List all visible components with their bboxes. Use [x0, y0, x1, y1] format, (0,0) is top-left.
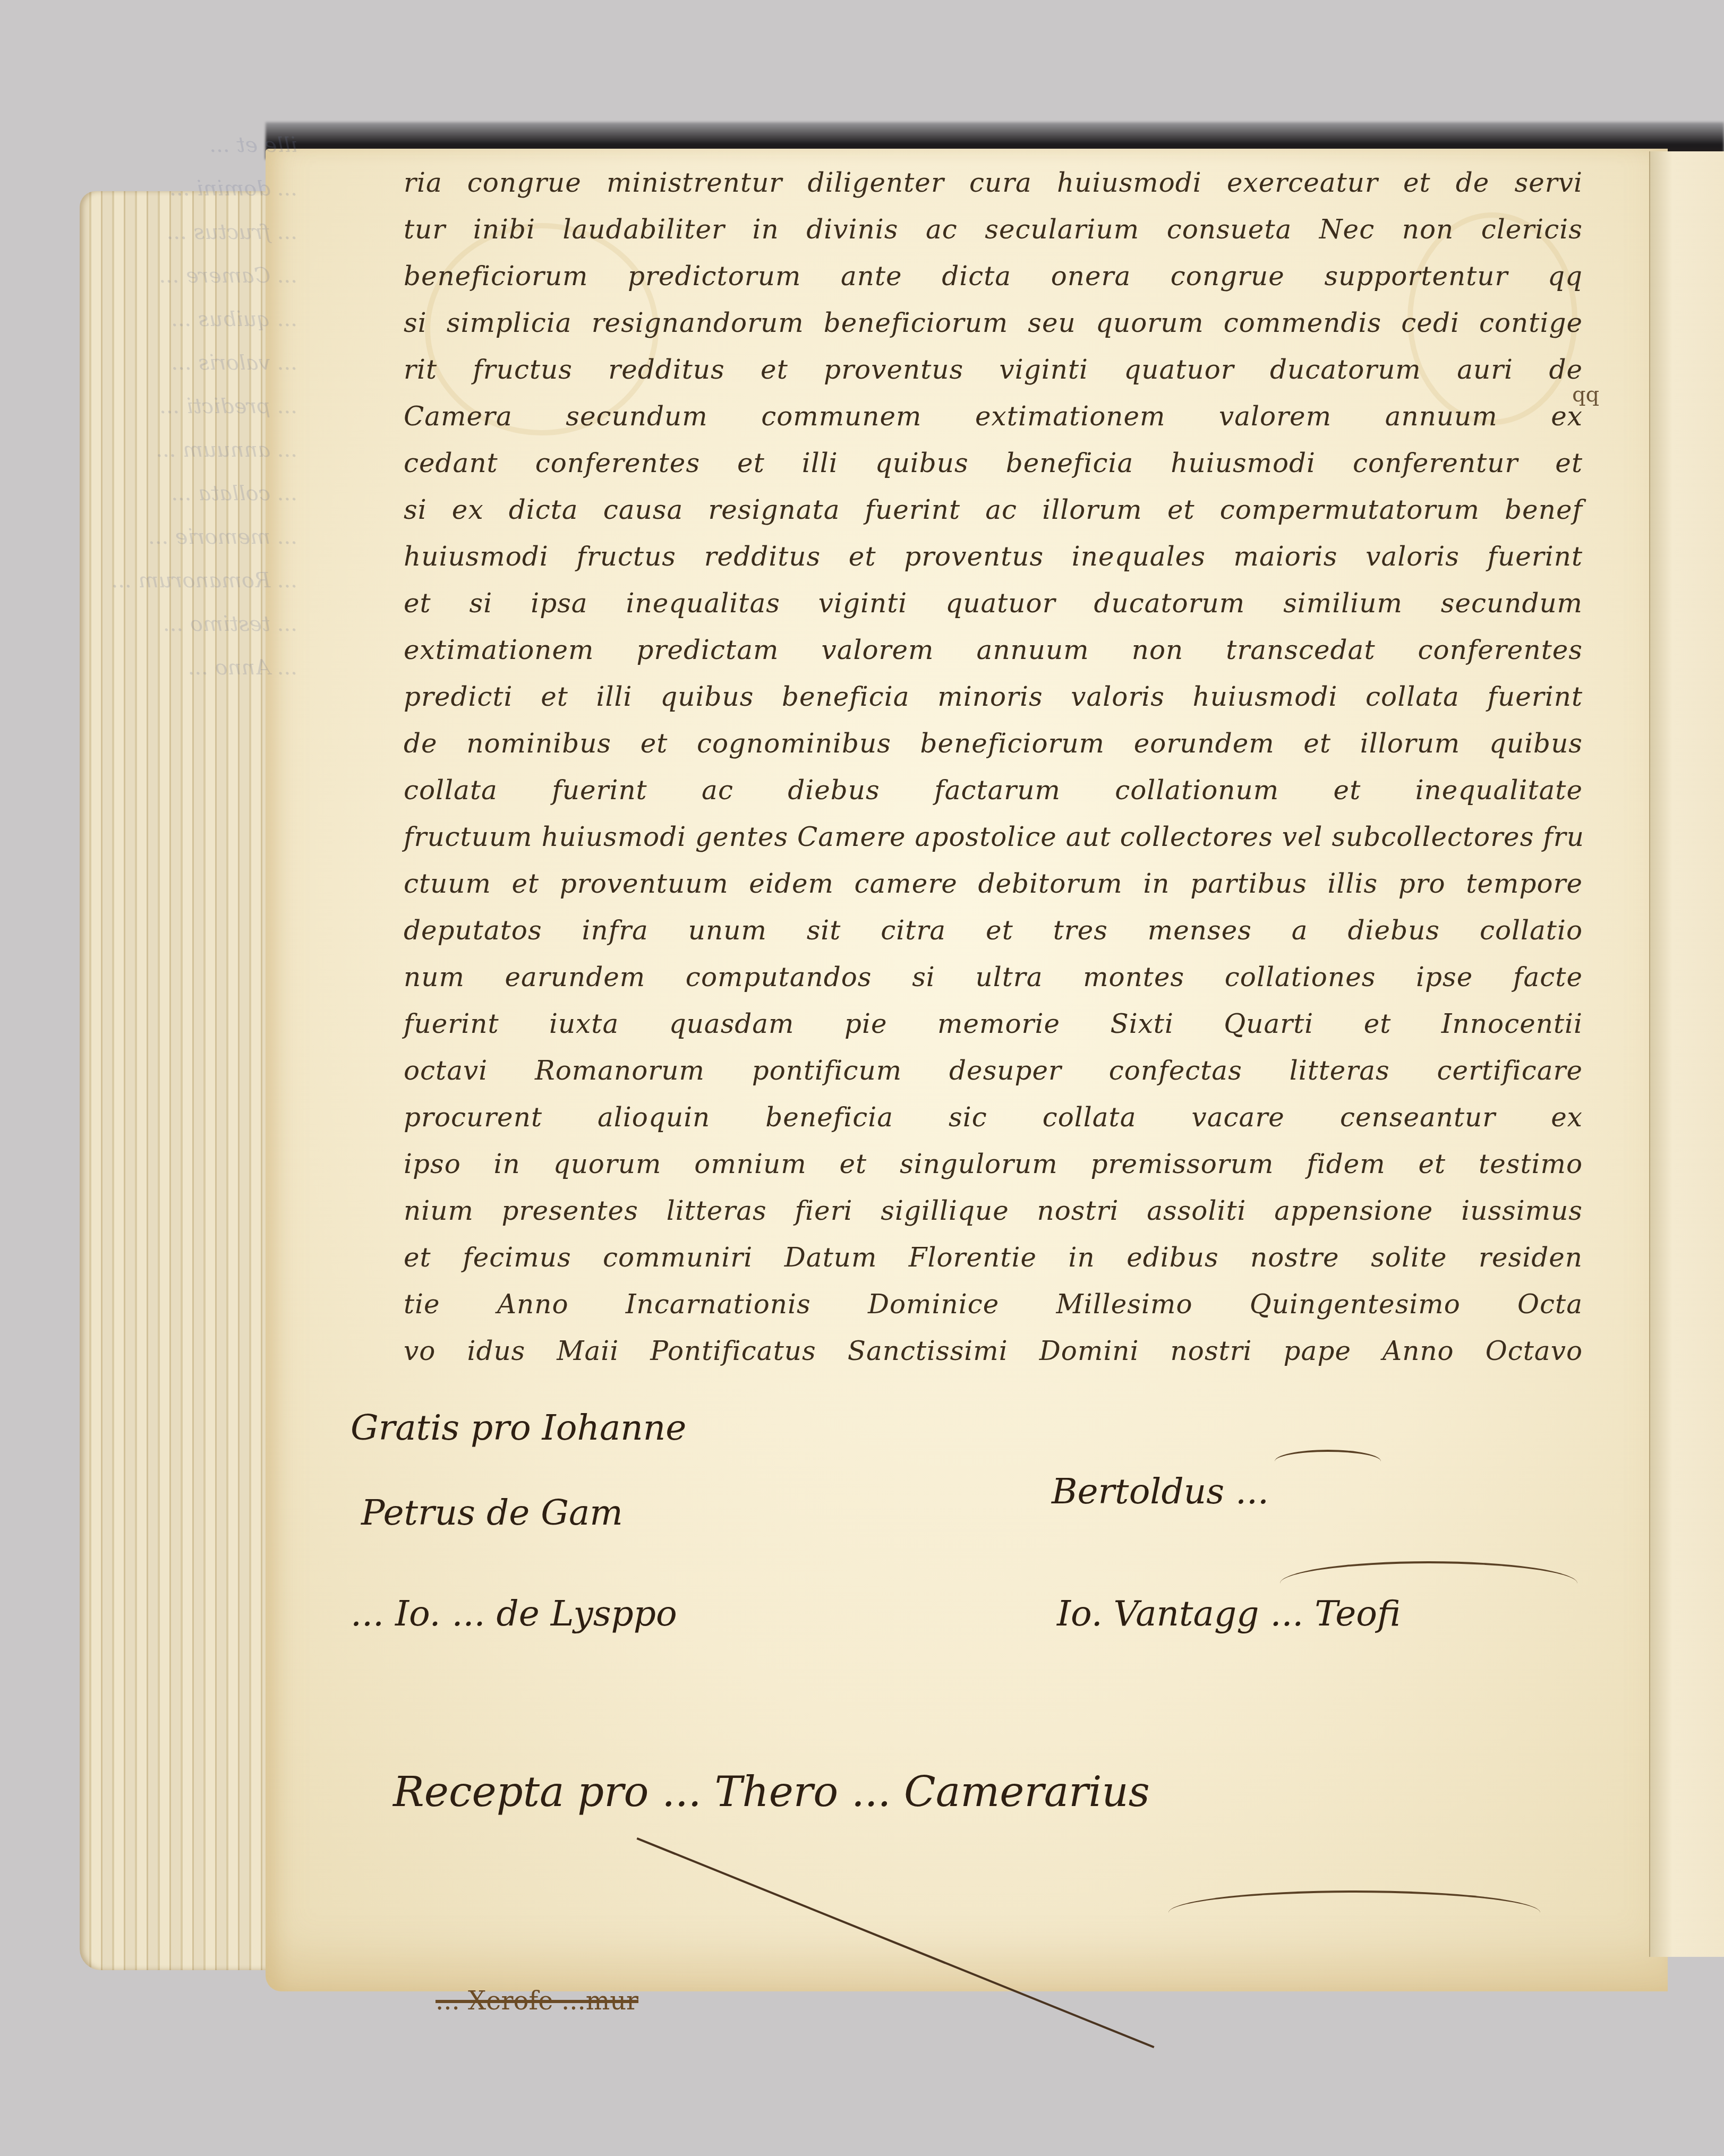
text-line: num earundem computandos si ultra montes… — [404, 954, 1583, 1000]
body-text: ria congrue ministrentur diligenter cura… — [404, 159, 1583, 1374]
flourish — [1280, 1561, 1577, 1606]
signature: Bertoldus ... — [1052, 1471, 1269, 1512]
text-line: ctuum et proventuum eidem camere debitor… — [404, 860, 1583, 907]
text-line: collata fuerint ac diebus factarum colla… — [404, 767, 1583, 814]
text-line: octavi Romanorum pontificum desuper conf… — [404, 1047, 1583, 1094]
text-line: procurent alioquin beneficia sic collata… — [404, 1094, 1583, 1141]
text-line: ria congrue ministrentur diligenter cura… — [404, 159, 1583, 206]
text-line: nium presentes litteras fieri sigillique… — [404, 1187, 1583, 1234]
text-line: deputatos infra unum sit citra et tres m… — [404, 907, 1583, 954]
text-line: Camera secundum communem extimationem va… — [404, 393, 1583, 440]
text-line: ipso in quorum omnium et singulorum prem… — [404, 1141, 1583, 1187]
text-line: tur inibi laudabiliter in divinis ac sec… — [404, 206, 1583, 253]
text-line: rit fructus redditus et proventus vigint… — [404, 346, 1583, 393]
text-line: cedant conferentes et illi quibus benefi… — [404, 440, 1583, 486]
text-line: fructuum huiusmodi gentes Camere apostol… — [404, 814, 1583, 860]
text-line: de nominibus et cognominibus beneficioru… — [404, 720, 1583, 767]
text-line: si simplicia resignandorum beneficiorum … — [404, 300, 1583, 346]
text-line: fuerint iuxta quasdam pie memorie Sixti … — [404, 1000, 1583, 1047]
facing-page-edge — [1649, 151, 1724, 1957]
text-line: et si ipsa inequalitas viginti quatuor d… — [404, 580, 1583, 627]
margin-mark: qq — [1572, 382, 1599, 407]
flourish — [1168, 1890, 1540, 1935]
text-line: extimationem predictam valorem annuum no… — [404, 627, 1583, 673]
show-through-text: ille et ... ... domini ... ... fructus .… — [32, 80, 297, 1089]
text-line: si ex dicta causa resignata fuerint ac i… — [404, 486, 1583, 533]
signature: Recepta pro ... Thero ... Camerarius — [393, 1768, 1150, 1816]
text-line: predicti et illi quibus beneficia minori… — [404, 673, 1583, 720]
text-line: beneficiorum predictorum ante dicta oner… — [404, 253, 1583, 300]
signature: Petrus de Gam — [361, 1492, 623, 1533]
flourish — [1275, 1450, 1381, 1473]
signature: ... Io. ... de Lysppo — [351, 1593, 677, 1634]
text-line: huiusmodi fructus redditus et proventus … — [404, 533, 1583, 580]
signature: Gratis pro Iohanne — [351, 1407, 686, 1448]
signature-block: Gratis pro Iohanne Petrus de Gam Bertold… — [351, 1248, 1572, 1726]
cancelled-note: ... Xerofe ...mur — [436, 1986, 638, 2016]
